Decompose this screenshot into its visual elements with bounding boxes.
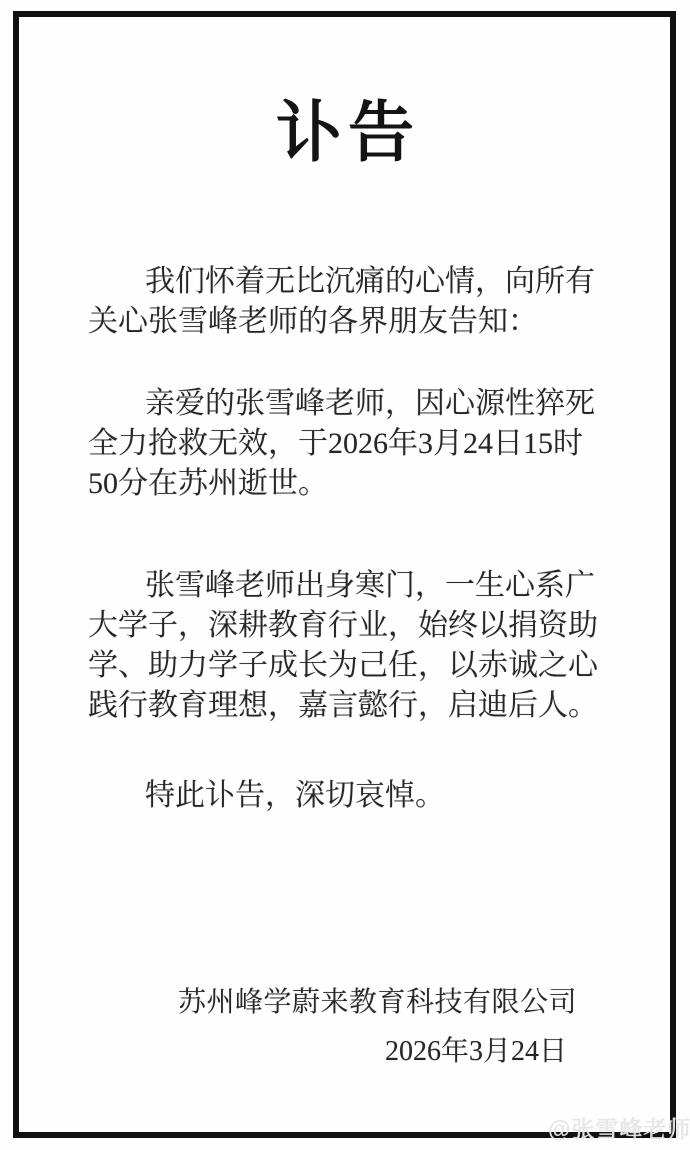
text-line: 大学子，深耕教育行业，始终以捐资助 <box>88 606 598 646</box>
text-line: 学、助力学子成长为己任，以赤诚之心 <box>88 646 598 686</box>
signature-company: 苏州峰学蔚来教育科技有限公司 <box>178 984 577 1022</box>
weibo-watermark: @张雪峰老师 <box>548 1114 690 1144</box>
text-line: 特此讣告，深切哀悼。 <box>88 776 598 816</box>
notice-body: 我们怀着无比沉痛的心情，向所有 关心张雪峰老师的各界朋友告知： 亲爱的张雪峰老师… <box>88 262 598 816</box>
obituary-notice-page: 讣告 我们怀着无比沉痛的心情，向所有 关心张雪峰老师的各界朋友告知： 亲爱的张雪… <box>0 0 690 1150</box>
text-line: 亲爱的张雪峰老师，因心源性猝死 <box>88 384 598 424</box>
text-line: 我们怀着无比沉痛的心情，向所有 <box>88 262 598 302</box>
notice-title: 讣告 <box>0 96 690 168</box>
text-line: 全力抢救无效，于2026年3月24日15时 <box>88 424 598 464</box>
paragraph-biography: 张雪峰老师出身寒门，一生心系广 大学子，深耕教育行业，始终以捐资助 学、助力学子… <box>88 566 598 726</box>
text-line: 50分在苏州逝世。 <box>88 464 598 504</box>
signature-date: 2026年3月24日 <box>385 1033 567 1071</box>
paragraph-death-notice: 亲爱的张雪峰老师，因心源性猝死 全力抢救无效，于2026年3月24日15时 50… <box>88 384 598 504</box>
text-line: 践行教育理想，嘉言懿行，启迪后人。 <box>88 686 598 726</box>
paragraph-announcement: 我们怀着无比沉痛的心情，向所有 关心张雪峰老师的各界朋友告知： <box>88 262 598 342</box>
text-line: 张雪峰老师出身寒门，一生心系广 <box>88 566 598 606</box>
paragraph-condolence: 特此讣告，深切哀悼。 <box>88 776 598 816</box>
text-line: 关心张雪峰老师的各界朋友告知： <box>88 302 598 342</box>
